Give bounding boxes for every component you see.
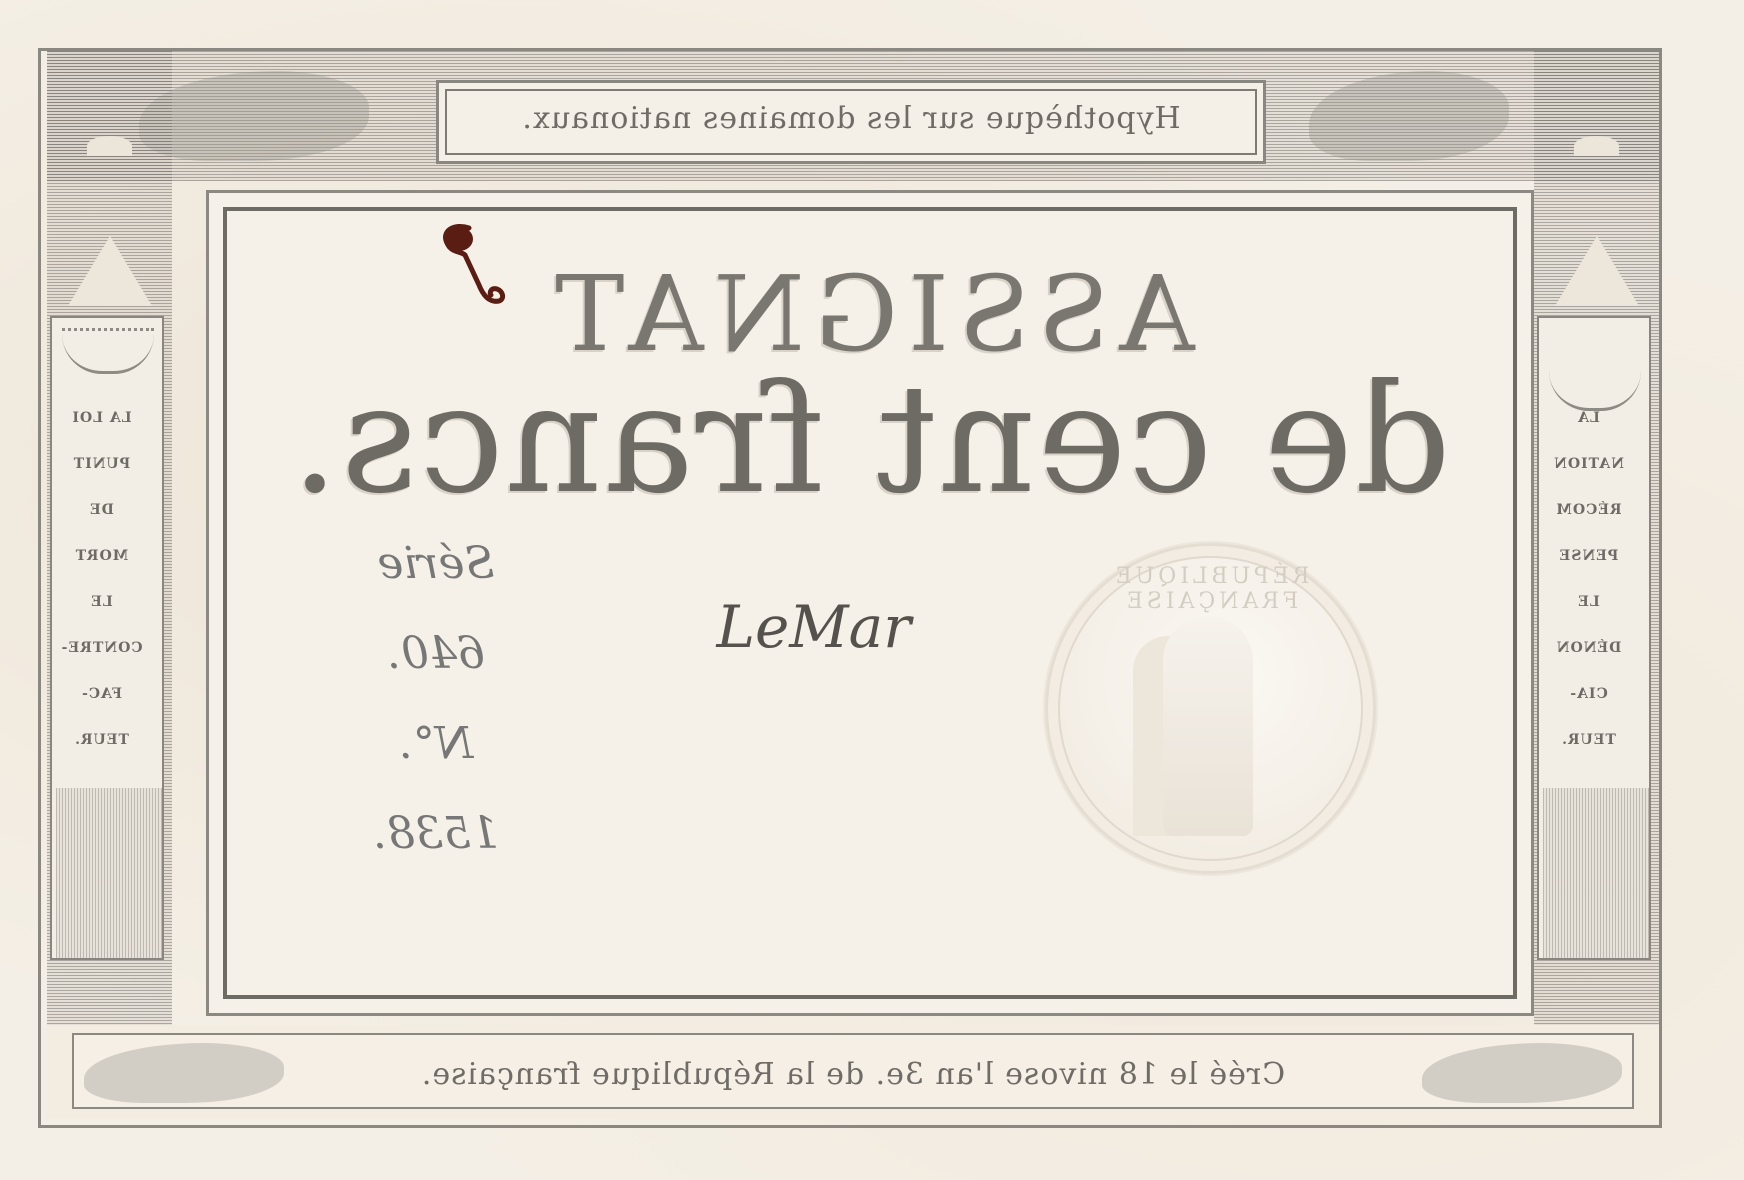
ink-stain-icon bbox=[439, 223, 509, 313]
embossed-seal: RÉPUBLIQUE FRANÇAISE bbox=[1045, 543, 1376, 874]
left-pillar-motto: LANATIONRÉCOMPENSELEDÉNONCIA-TEUR. bbox=[1526, 395, 1651, 763]
bottom-band: Créé le 18 nivose l'an 3e. de la Républi… bbox=[47, 1025, 1659, 1119]
top-label-text: Hypothèque sur les domaines nationaux. bbox=[439, 101, 1263, 136]
left-pillar-line: DÉNON bbox=[1526, 625, 1651, 671]
right-pillar-line: DE bbox=[39, 487, 164, 533]
serie-number: 640. bbox=[361, 628, 511, 680]
right-pillar-line: LE bbox=[39, 579, 164, 625]
left-pillar-line: TEUR. bbox=[1526, 717, 1651, 763]
right-pillar-line: PUNIT bbox=[39, 441, 164, 487]
left-pillar-line: PENSE bbox=[1526, 533, 1651, 579]
left-pillar-line: RÉCOM bbox=[1526, 487, 1651, 533]
left-pillar-line: CIA- bbox=[1526, 671, 1651, 717]
right-pillar-line: MORT bbox=[39, 533, 164, 579]
left-pillar-line: NATION bbox=[1526, 441, 1651, 487]
title-denomination: de cent francs. bbox=[209, 353, 1531, 527]
signature: LeMar bbox=[716, 593, 911, 661]
right-pillar-line: LA LOI bbox=[39, 395, 164, 441]
right-pillar-motto: LA LOIPUNITDEMORTLECONTRE-FAC-TEUR. bbox=[39, 395, 164, 763]
top-label-box: Hypothèque sur les domaines nationaux. bbox=[436, 80, 1266, 164]
number-label: N°. bbox=[361, 718, 511, 770]
left-pillar-line: LA bbox=[1526, 395, 1651, 441]
right-pillar-line: FAC- bbox=[39, 671, 164, 717]
number-value: 1538. bbox=[361, 808, 511, 860]
main-panel: ASSIGNAT de cent francs. RÉPUBLIQUE FRAN… bbox=[206, 190, 1534, 1016]
seal-legend: RÉPUBLIQUE FRANÇAISE bbox=[1048, 564, 1373, 614]
banknote: Hypothèque sur les domaines nationaux. C… bbox=[0, 0, 1744, 1180]
seal-figure-icon bbox=[1163, 616, 1253, 836]
bottom-inner-box: Créé le 18 nivose l'an 3e. de la Républi… bbox=[72, 1033, 1634, 1109]
right-pillar-line: CONTRE- bbox=[39, 625, 164, 671]
creation-date-text: Créé le 18 nivose l'an 3e. de la Républi… bbox=[74, 1057, 1632, 1092]
right-pillar-line: TEUR. bbox=[39, 717, 164, 763]
left-pillar-line: LE bbox=[1526, 579, 1651, 625]
serie-label: Série bbox=[361, 538, 511, 590]
serial-block: Série 640. N°. 1538. bbox=[361, 538, 511, 898]
